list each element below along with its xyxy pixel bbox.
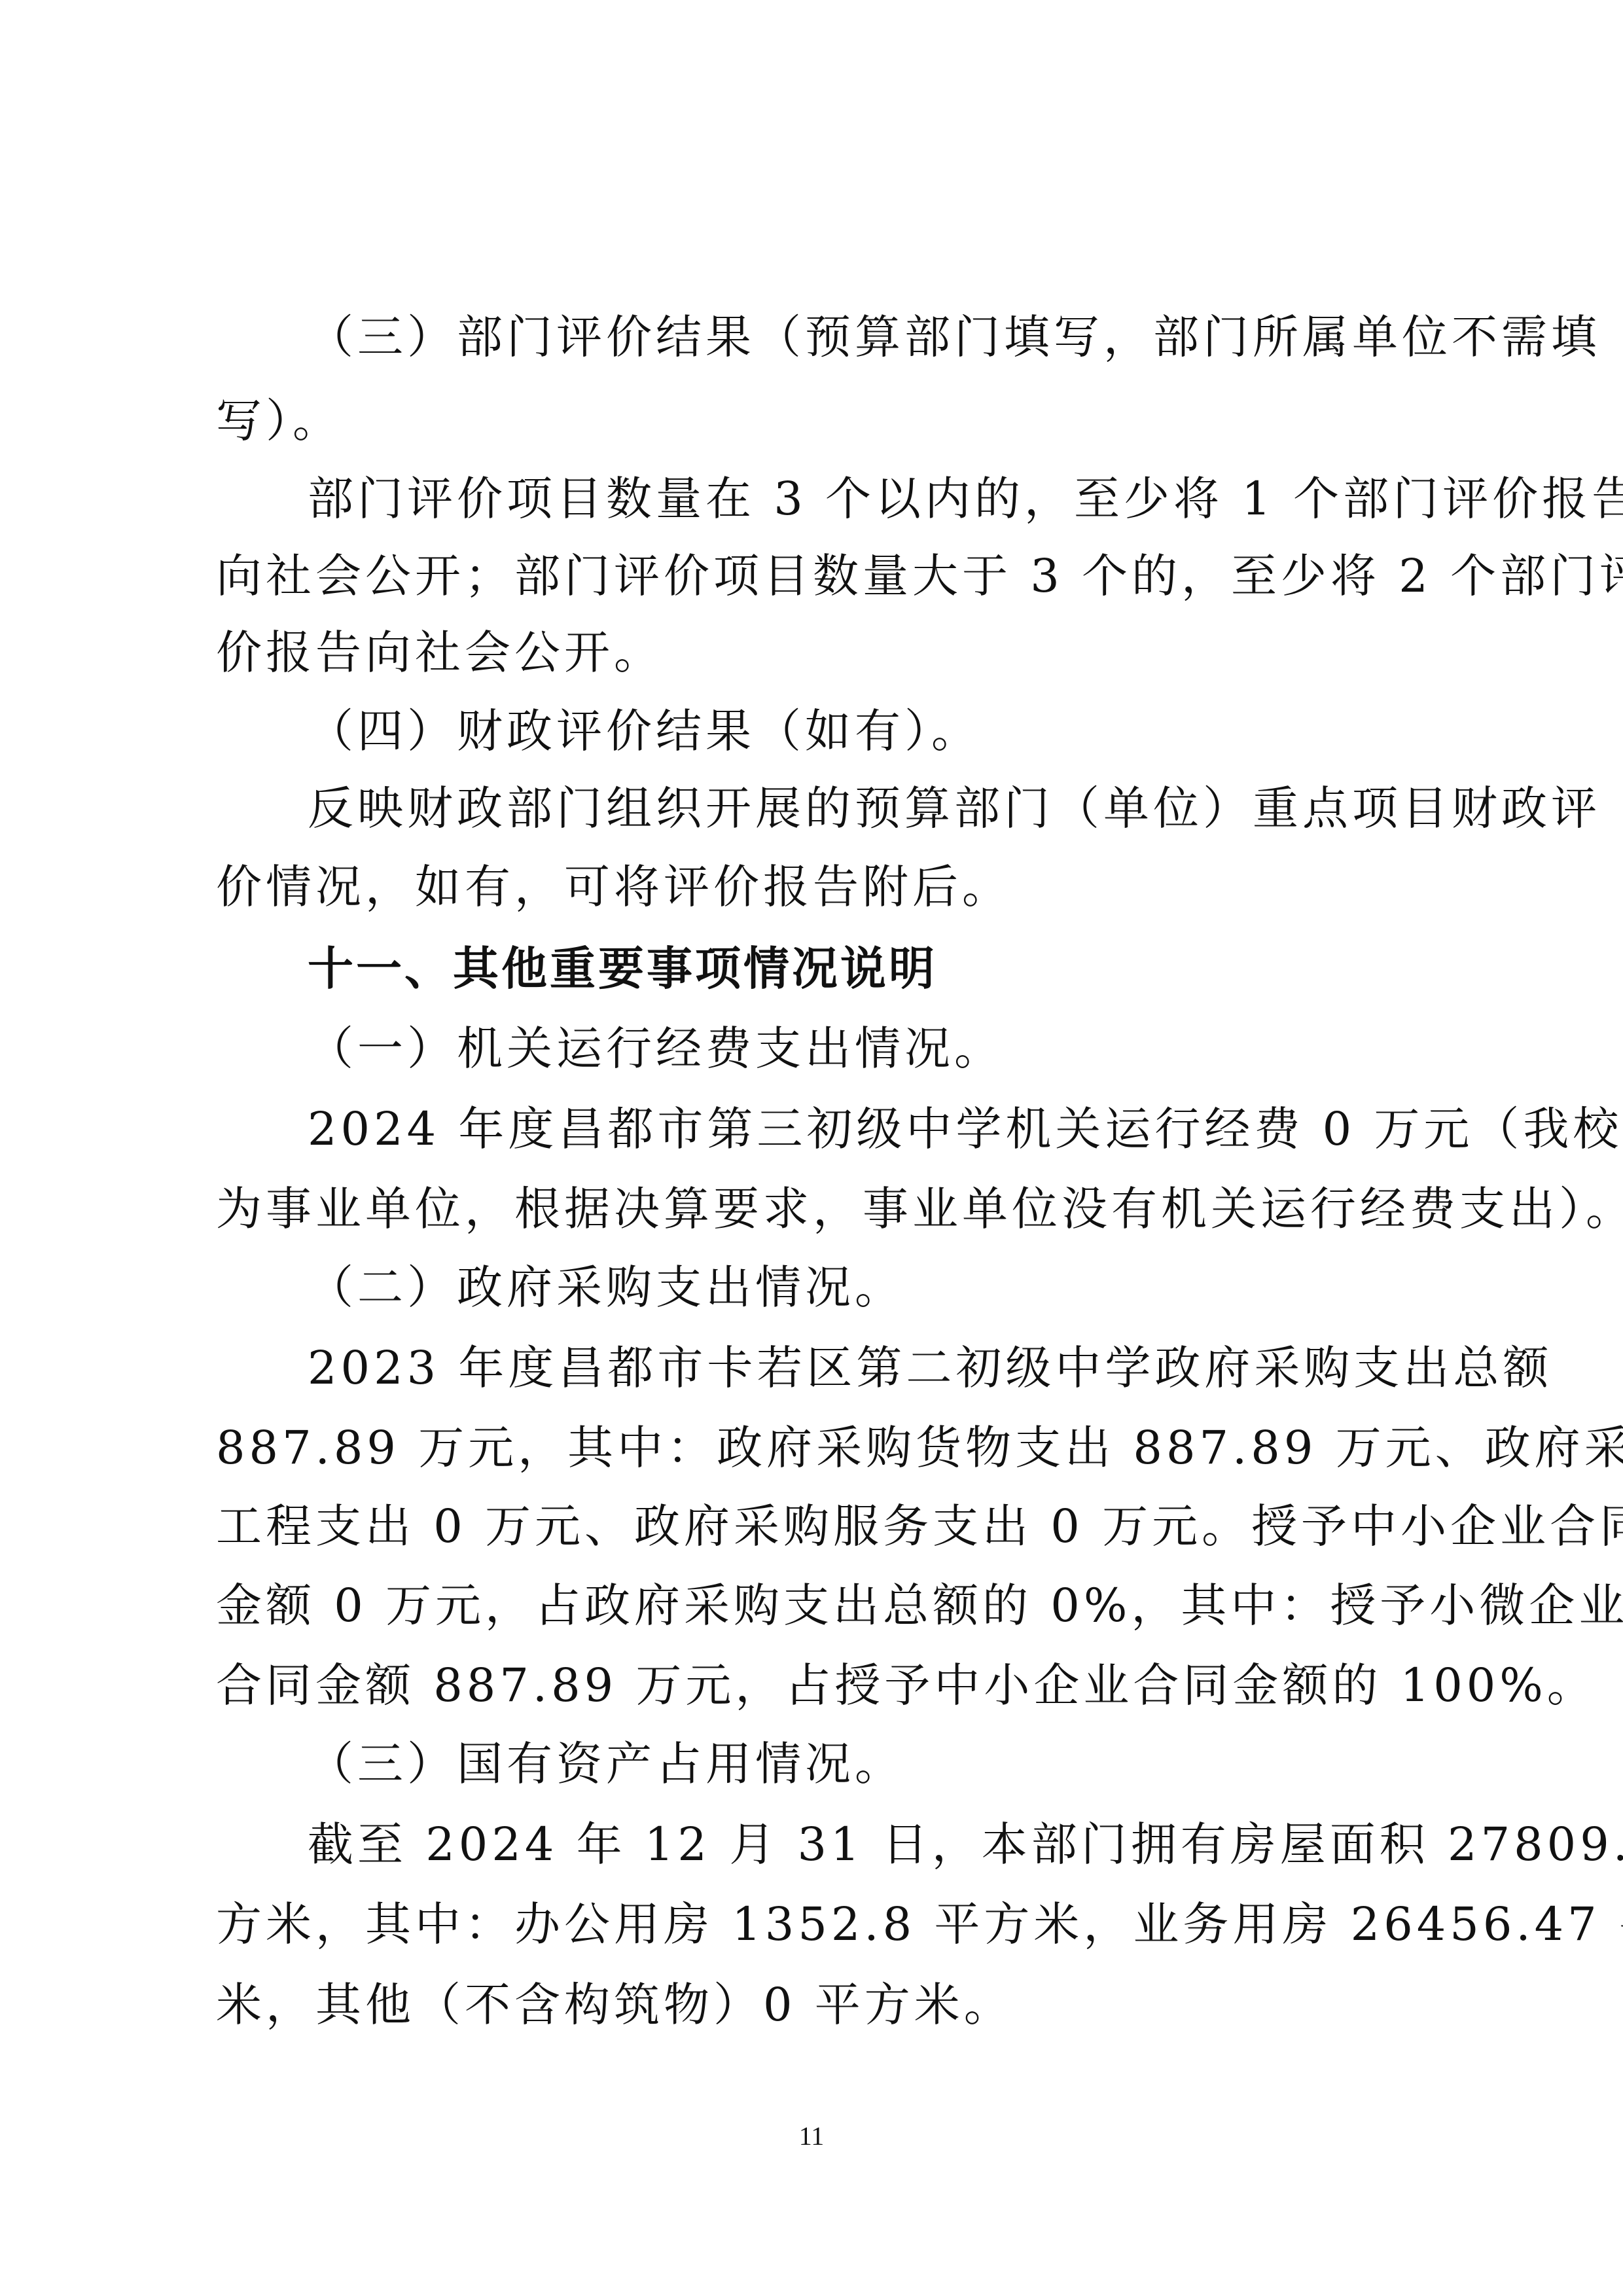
section-heading-other-matters: 十一、其他重要事项情况说明 [308, 946, 937, 992]
subheading-state-assets: （三）国有资产占用情况。 [308, 1741, 904, 1787]
subheading-operating-expenses: （一）机关运行经费支出情况。 [308, 1026, 1004, 1071]
paragraph-line: 2023 年度昌都市卡若区第二初级中学政府采购支出总额 [308, 1345, 1552, 1391]
paragraph-line: 截至 2024 年 12 月 31 日，本部门拥有房屋面积 27809.27 平 [308, 1821, 1623, 1867]
paragraph-line: 工程支出 0 万元、政府采购服务支出 0 万元。授予中小企业合同 [216, 1503, 1623, 1549]
paragraph-line: 反映财政部门组织开展的预算部门（单位）重点项目财政评 [308, 785, 1601, 831]
paragraph-line: 价情况，如有，可将评价报告附后。 [216, 864, 1012, 910]
page-number: 11 [0, 2121, 1623, 2151]
subheading-dept-evaluation: （三）部门评价结果（预算部门填写，部门所属单位不需填 [308, 314, 1601, 360]
paragraph-line: 方米，其中：办公用房 1352.8 平方米，业务用房 26456.47 平方 [216, 1901, 1623, 1947]
subheading-procurement: （二）政府采购支出情况。 [308, 1265, 904, 1310]
paragraph-line: 合同金额 887.89 万元，占授予中小企业合同金额的 100%。 [216, 1662, 1597, 1708]
paragraph-line: 为事业单位，根据决算要求，事业单位没有机关运行经费支出）。 [216, 1186, 1623, 1232]
paragraph-line: 向社会公开；部门评价项目数量大于 3 个的，至少将 2 个部门评 [216, 553, 1623, 599]
paragraph-line: 金额 0 万元，占政府采购支出总额的 0%，其中：授予小微企业 [216, 1583, 1623, 1628]
subheading-fiscal-evaluation: （四）财政评价结果（如有）。 [308, 708, 981, 754]
paragraph-line: 米，其他（不含构筑物）0 平方米。 [216, 1982, 1014, 2028]
paragraph-line: 部门评价项目数量在 3 个以内的，至少将 1 个部门评价报告 [308, 476, 1623, 522]
document-page: （三）部门评价结果（预算部门填写，部门所属单位不需填 写）。 部门评价项目数量在… [0, 0, 1623, 2296]
paragraph-line: 2024 年度昌都市第三初级中学机关运行经费 0 万元（我校 [308, 1106, 1622, 1152]
paragraph-line: 价报告向社会公开。 [216, 630, 664, 675]
paragraph-line: 887.89 万元，其中：政府采购货物支出 887.89 万元、政府采购 [216, 1425, 1623, 1471]
paragraph-line: 写）。 [216, 398, 342, 444]
